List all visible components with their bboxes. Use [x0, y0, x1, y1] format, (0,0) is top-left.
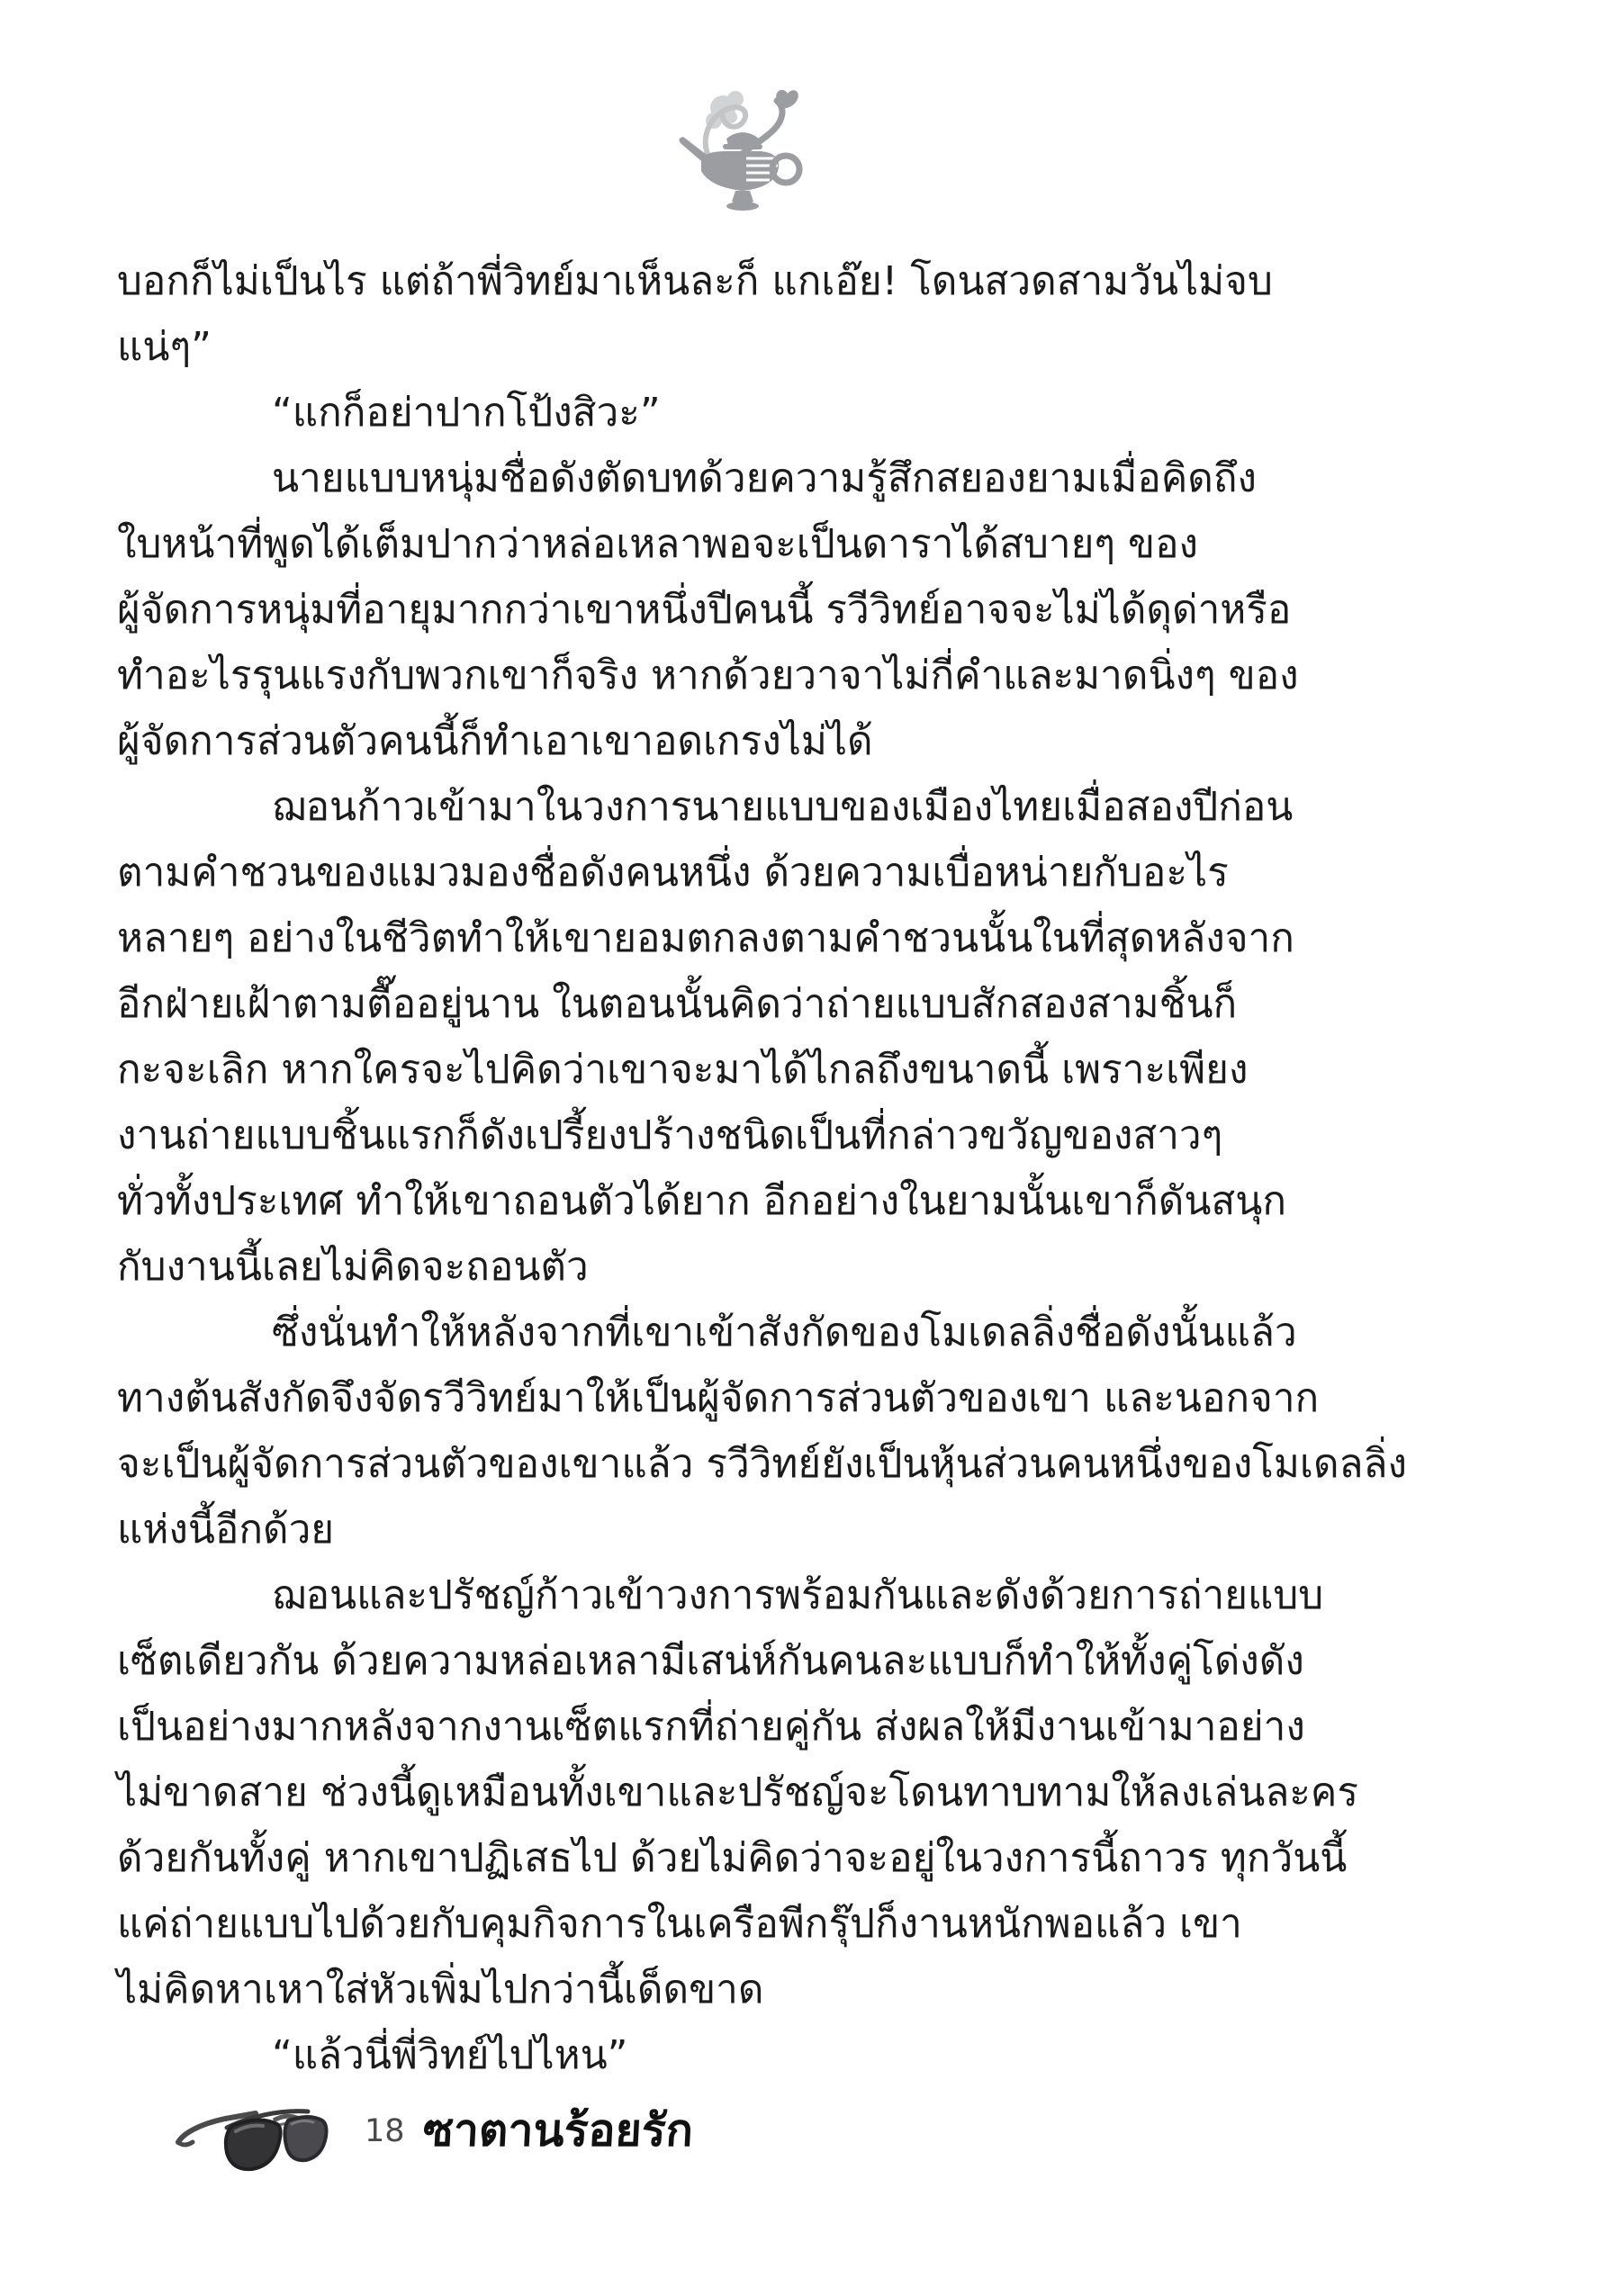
text-line: หลายๆ อย่างในชีวิตทำให้เขายอมตกลงตามคำชว… — [117, 905, 1494, 971]
text-line: ฌอนก้าวเข้ามาในวงการนายแบบของเมืองไทยเมื… — [117, 774, 1494, 840]
page-number: 18 — [365, 2113, 405, 2149]
text-line: นายแบบหนุ่มชื่อดังตัดบทด้วยความรู้สึกสยอ… — [117, 446, 1494, 511]
text-line: ด้วยกันทั้งคู่ หากเขาปฏิเสธไป ด้วยไม่คิด… — [117, 1825, 1494, 1891]
text-line: จะเป็นผู้จัดการส่วนตัวของเขาแล้ว รวีวิทย… — [117, 1431, 1494, 1497]
text-line: ผู้จัดการส่วนตัวคนนี้ก็ทำเอาเขาอดเกรงไม่… — [117, 708, 1494, 774]
text-line: ฌอนและปรัชญ์ก้าวเข้าวงการพร้อมกันและดังด… — [117, 1562, 1494, 1628]
text-line: “แกก็อย่าปากโป้งสิวะ” — [117, 380, 1494, 446]
text-line: แห่งนี้อีกด้วย — [117, 1497, 1494, 1562]
genie-lamp-ornament-icon — [671, 83, 824, 236]
text-line: ไม่ขาดสาย ช่วงนี้ดูเหมือนทั้งเขาและปรัชญ… — [117, 1760, 1494, 1825]
text-line: อีกฝ่ายเฝ้าตามตื๊ออยู่นาน ในตอนนั้นคิดว่… — [117, 971, 1494, 1037]
text-line: เป็นอย่างมากหลังจากงานเซ็ตแรกที่ถ่ายคู่ก… — [117, 1694, 1494, 1760]
book-page: บอกก็ไม่เป็นไร แต่ถ้าพี่วิทย์มาเห็นละก็ … — [0, 0, 1605, 2296]
text-line: บอกก็ไม่เป็นไร แต่ถ้าพี่วิทย์มาเห็นละก็ … — [117, 248, 1494, 314]
text-line: ทั่วทั้งประเทศ ทำให้เขาถอนตัวได้ยาก อีกอ… — [117, 1168, 1494, 1234]
text-line: ตามคำชวนของแมวมองชื่อดังคนหนึ่ง ด้วยความ… — [117, 840, 1494, 905]
text-line: กะจะเลิก หากใครจะไปคิดว่าเขาจะมาได้ไกลถึ… — [117, 1037, 1494, 1103]
page-footer: 18 ซาตานร้อยรัก — [0, 2070, 1605, 2214]
text-line: ทำอะไรรุนแรงกับพวกเขาก็จริง หากด้วยวาจาไ… — [117, 643, 1494, 708]
sunglasses-icon — [173, 2086, 353, 2185]
book-title: ซาตานร้อยรัก — [421, 2095, 695, 2166]
body-text: บอกก็ไม่เป็นไร แต่ถ้าพี่วิทย์มาเห็นละก็ … — [117, 248, 1494, 2088]
text-line: แค่ถ่ายแบบไปด้วยกับคุมกิจการในเครือพีกรุ… — [117, 1891, 1494, 1957]
text-line: งานถ่ายแบบชิ้นแรกก็ดังเปรี้ยงปร้างชนิดเป… — [117, 1103, 1494, 1168]
text-line: แน่ๆ” — [117, 314, 1494, 380]
text-line: ใบหน้าที่พูดได้เต็มปากว่าหล่อเหลาพอจะเป็… — [117, 511, 1494, 577]
text-line: กับงานนี้เลยไม่คิดจะถอนตัว — [117, 1234, 1494, 1300]
text-line: ซึ่งนั่นทำให้หลังจากที่เขาเข้าสังกัดของโ… — [117, 1300, 1494, 1365]
text-line: ทางต้นสังกัดจึงจัดรวีวิทย์มาให้เป็นผู้จั… — [117, 1365, 1494, 1431]
text-line: ผู้จัดการหนุ่มที่อายุมากกว่าเขาหนึ่งปีคน… — [117, 577, 1494, 643]
text-line: เซ็ตเดียวกัน ด้วยความหล่อเหลามีเสน่ห์กัน… — [117, 1628, 1494, 1694]
text-line: ไม่คิดหาเหาใส่หัวเพิ่มไปกว่านี้เด็ดขาด — [117, 1957, 1494, 2022]
